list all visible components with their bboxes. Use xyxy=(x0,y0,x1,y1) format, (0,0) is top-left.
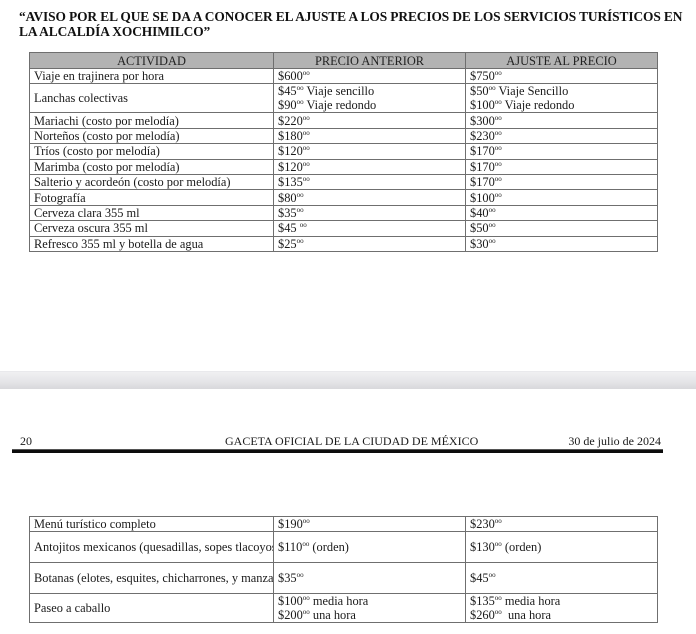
price-amount: $300 xyxy=(470,114,495,128)
price-cents: oo xyxy=(297,206,304,214)
price-cell: $170oo xyxy=(466,174,658,189)
price-cents: oo xyxy=(495,540,502,548)
price-amount: $40 xyxy=(470,206,489,220)
header-ajuste-precio: AJUSTE AL PRECIO xyxy=(466,53,658,69)
price-cell: $50oo xyxy=(466,221,658,236)
price-line: $180oo xyxy=(278,129,461,143)
price-line: $135oo media hora xyxy=(470,594,653,608)
price-line: $130oo (orden) xyxy=(470,540,653,554)
table-row: Mariachi (costo por melodía)$220oo$300oo xyxy=(30,113,658,128)
price-cents: oo xyxy=(303,144,310,152)
price-line: $170oo xyxy=(470,160,653,174)
price-note: (orden) xyxy=(309,540,349,554)
price-line: $170oo xyxy=(470,175,653,189)
price-amount: $25 xyxy=(278,237,297,251)
page-number: 20 xyxy=(20,434,32,448)
price-cents: oo xyxy=(495,175,502,183)
activity-cell: Menú turístico completo xyxy=(30,517,274,532)
price-line: $110oo (orden) xyxy=(278,540,461,554)
page-separator xyxy=(0,371,696,389)
price-note: una hora xyxy=(502,608,551,622)
price-note: una hora xyxy=(310,608,356,622)
header-rule xyxy=(12,449,663,453)
price-amount: $45 xyxy=(470,571,489,585)
price-cents: oo xyxy=(495,69,502,77)
price-cents: oo xyxy=(489,237,496,245)
price-line: $100oo Viaje redondo xyxy=(470,98,653,112)
price-cell: $600oo xyxy=(274,69,466,84)
price-amount: $170 xyxy=(470,144,495,158)
price-cents: oo xyxy=(495,191,502,199)
table-row: Refresco 355 ml y botella de agua$25oo$3… xyxy=(30,236,658,251)
price-cell: $170oo xyxy=(466,159,658,174)
price-line: $200oo una hora xyxy=(278,608,461,622)
price-amount: $35 xyxy=(278,571,297,585)
price-line: $40oo xyxy=(470,206,653,220)
price-cell: $135oo xyxy=(274,174,466,189)
price-cents: oo xyxy=(489,84,496,92)
price-amount: $90 xyxy=(278,98,297,112)
price-cell: $30oo xyxy=(466,236,658,251)
price-cell: $230oo xyxy=(466,128,658,143)
activity-cell: Paseo a caballo xyxy=(30,594,274,623)
price-cell: $750oo xyxy=(466,69,658,84)
price-amount: $230 xyxy=(470,517,495,531)
price-cents: oo xyxy=(297,84,304,92)
notice-title: “AVISO POR EL QUE SE DA A CONOCER EL AJU… xyxy=(19,9,689,39)
price-cell: $190oo xyxy=(274,517,466,532)
price-cell: $35oo xyxy=(274,205,466,220)
table-row: Marimba (costo por melodía)$120oo$170oo xyxy=(30,159,658,174)
price-note: Viaje sencillo xyxy=(304,84,375,98)
price-cents: oo xyxy=(495,608,502,616)
gazette-name: GACETA OFICIAL DE LA CIUDAD DE MÉXICO xyxy=(225,434,478,448)
activity-cell: Refresco 355 ml y botella de agua xyxy=(30,236,274,251)
price-line: $260oo una hora xyxy=(470,608,653,622)
gazette-page-header: 20 GACETA OFICIAL DE LA CIUDAD DE MÉXICO… xyxy=(12,434,663,448)
activity-cell: Tríos (costo por melodía) xyxy=(30,144,274,159)
price-cell: $300oo xyxy=(466,113,658,128)
price-cents: oo xyxy=(495,129,502,137)
table-row: Salterio y acordeón (costo por melodía)$… xyxy=(30,174,658,189)
price-amount: $50 xyxy=(470,84,489,98)
price-cell: $40oo xyxy=(466,205,658,220)
activity-cell: Norteños (costo por melodía) xyxy=(30,128,274,143)
price-amount: $180 xyxy=(278,129,303,143)
price-cents: oo xyxy=(297,98,304,106)
price-line: $25oo xyxy=(278,237,461,251)
price-cell: $170oo xyxy=(466,144,658,159)
price-cents: oo xyxy=(303,129,310,137)
price-cell: $45 oo xyxy=(274,221,466,236)
price-line: $220oo xyxy=(278,114,461,128)
price-cell: $180oo xyxy=(274,128,466,143)
price-cents: oo xyxy=(495,98,502,106)
price-amount: $750 xyxy=(470,69,495,83)
price-line: $90oo Viaje redondo xyxy=(278,98,461,112)
price-cents: oo xyxy=(495,160,502,168)
price-cents: oo xyxy=(495,594,502,602)
publication-date: 30 de julio de 2024 xyxy=(568,434,661,448)
header-actividad: ACTIVIDAD xyxy=(30,53,274,69)
price-amount: $110 xyxy=(278,540,302,554)
activity-cell: Cerveza clara 355 ml xyxy=(30,205,274,220)
price-note: Viaje redondo xyxy=(304,98,377,112)
price-amount: $200 xyxy=(278,608,303,622)
price-amount: $135 xyxy=(278,175,303,189)
activity-cell: Botanas (elotes, esquites, chicharrones,… xyxy=(30,563,274,594)
table-header-row: ACTIVIDAD PRECIO ANTERIOR AJUSTE AL PREC… xyxy=(30,53,658,69)
price-line: $300oo xyxy=(470,114,653,128)
price-amount: $100 xyxy=(470,98,495,112)
price-cents: oo xyxy=(303,69,310,77)
price-cents: oo xyxy=(297,237,304,245)
activity-cell: Lanchas colectivas xyxy=(30,84,274,113)
price-amount: $260 xyxy=(470,608,495,622)
price-cell: $100oo xyxy=(466,190,658,205)
price-amount: $230 xyxy=(470,129,495,143)
price-cents: oo xyxy=(297,571,304,579)
price-cell: $45oo Viaje sencillo$90oo Viaje redondo xyxy=(274,84,466,113)
price-amount: $170 xyxy=(470,175,495,189)
price-note: (orden) xyxy=(502,540,542,554)
price-line: $750oo xyxy=(470,69,653,83)
price-cell: $220oo xyxy=(274,113,466,128)
price-amount: $600 xyxy=(278,69,303,83)
price-note: Viaje Sencillo xyxy=(496,84,569,98)
price-cents: oo xyxy=(489,221,496,229)
table-row: Cerveza clara 355 ml$35oo$40oo xyxy=(30,205,658,220)
price-cents: oo xyxy=(495,144,502,152)
activity-cell: Viaje en trajinera por hora xyxy=(30,69,274,84)
activity-cell: Salterio y acordeón (costo por melodía) xyxy=(30,174,274,189)
table-row: Tríos (costo por melodía)$120oo$170oo xyxy=(30,144,658,159)
activity-cell: Antojitos mexicanos (quesadillas, sopes … xyxy=(30,532,274,563)
price-line: $600oo xyxy=(278,69,461,83)
price-amount: $135 xyxy=(470,594,495,608)
activity-cell: Mariachi (costo por melodía) xyxy=(30,113,274,128)
activity-cell: Cerveza oscura 355 ml xyxy=(30,221,274,236)
price-line: $120oo xyxy=(278,160,461,174)
price-cell: $100oo media hora$200oo una hora xyxy=(274,594,466,623)
price-line: $190oo xyxy=(278,517,461,531)
price-cell: $230oo xyxy=(466,517,658,532)
price-table-continuation: Menú turístico completo$190oo$230ooAntoj… xyxy=(29,516,658,623)
price-cents: oo xyxy=(297,191,304,199)
price-cents: oo xyxy=(495,517,502,525)
activity-cell: Fotografía xyxy=(30,190,274,205)
price-cents: oo xyxy=(489,206,496,214)
price-line: $100oo media hora xyxy=(278,594,461,608)
activity-cell: Marimba (costo por melodía) xyxy=(30,159,274,174)
price-line: $30oo xyxy=(470,237,653,251)
price-cell: $50oo Viaje Sencillo$100oo Viaje redondo xyxy=(466,84,658,113)
table-row: Fotografía$80oo$100oo xyxy=(30,190,658,205)
price-cents: oo xyxy=(303,517,310,525)
price-amount: $35 xyxy=(278,206,297,220)
price-line: $230oo xyxy=(470,517,653,531)
price-cents: oo xyxy=(303,114,310,122)
price-cents: oo xyxy=(303,608,310,616)
table-row: Cerveza oscura 355 ml$45 oo$50oo xyxy=(30,221,658,236)
price-cell: $80oo xyxy=(274,190,466,205)
price-cents: oo xyxy=(303,594,310,602)
table-row: Menú turístico completo$190oo$230oo xyxy=(30,517,658,532)
table-row: Lanchas colectivas$45oo Viaje sencillo$9… xyxy=(30,84,658,113)
price-line: $45 oo xyxy=(278,221,461,235)
price-note: Viaje redondo xyxy=(502,98,575,112)
price-line: $45oo xyxy=(470,571,653,585)
price-line: $230oo xyxy=(470,129,653,143)
price-line: $120oo xyxy=(278,144,461,158)
price-line: $170oo xyxy=(470,144,653,158)
price-amount: $120 xyxy=(278,160,303,174)
price-cents: oo xyxy=(489,571,496,579)
price-cell: $135oo media hora$260oo una hora xyxy=(466,594,658,623)
price-amount: $120 xyxy=(278,144,303,158)
price-amount: $220 xyxy=(278,114,303,128)
price-amount: $100 xyxy=(470,191,495,205)
price-cents: oo xyxy=(303,175,310,183)
price-cents: oo xyxy=(303,160,310,168)
price-cents: oo xyxy=(300,221,307,229)
price-cents: oo xyxy=(495,114,502,122)
price-cell: $35oo xyxy=(274,563,466,594)
table-row: Botanas (elotes, esquites, chicharrones,… xyxy=(30,563,658,594)
price-cell: $45oo xyxy=(466,563,658,594)
price-note: media hora xyxy=(310,594,369,608)
price-cell: $120oo xyxy=(274,144,466,159)
table-row: Norteños (costo por melodía)$180oo$230oo xyxy=(30,128,658,143)
price-cell: $130oo (orden) xyxy=(466,532,658,563)
price-amount: $100 xyxy=(278,594,303,608)
price-note: media hora xyxy=(502,594,561,608)
price-amount: $130 xyxy=(470,540,495,554)
table-row: Paseo a caballo$100oo media hora$200oo u… xyxy=(30,594,658,623)
price-table: ACTIVIDAD PRECIO ANTERIOR AJUSTE AL PREC… xyxy=(29,52,658,252)
price-line: $35oo xyxy=(278,571,461,585)
price-line: $35oo xyxy=(278,206,461,220)
price-cell: $110oo (orden) xyxy=(274,532,466,563)
price-cell: $120oo xyxy=(274,159,466,174)
table-row: Viaje en trajinera por hora$600oo$750oo xyxy=(30,69,658,84)
price-amount: $45 xyxy=(278,221,300,235)
price-amount: $170 xyxy=(470,160,495,174)
price-line: $80oo xyxy=(278,191,461,205)
price-amount: $30 xyxy=(470,237,489,251)
price-line: $100oo xyxy=(470,191,653,205)
price-line: $45oo Viaje sencillo xyxy=(278,84,461,98)
header-precio-anterior: PRECIO ANTERIOR xyxy=(274,53,466,69)
price-amount: $45 xyxy=(278,84,297,98)
price-amount: $50 xyxy=(470,221,489,235)
price-line: $135oo xyxy=(278,175,461,189)
price-line: $50oo xyxy=(470,221,653,235)
price-line: $50oo Viaje Sencillo xyxy=(470,84,653,98)
price-cell: $25oo xyxy=(274,236,466,251)
table-row: Antojitos mexicanos (quesadillas, sopes … xyxy=(30,532,658,563)
price-amount: $80 xyxy=(278,191,297,205)
price-amount: $190 xyxy=(278,517,303,531)
